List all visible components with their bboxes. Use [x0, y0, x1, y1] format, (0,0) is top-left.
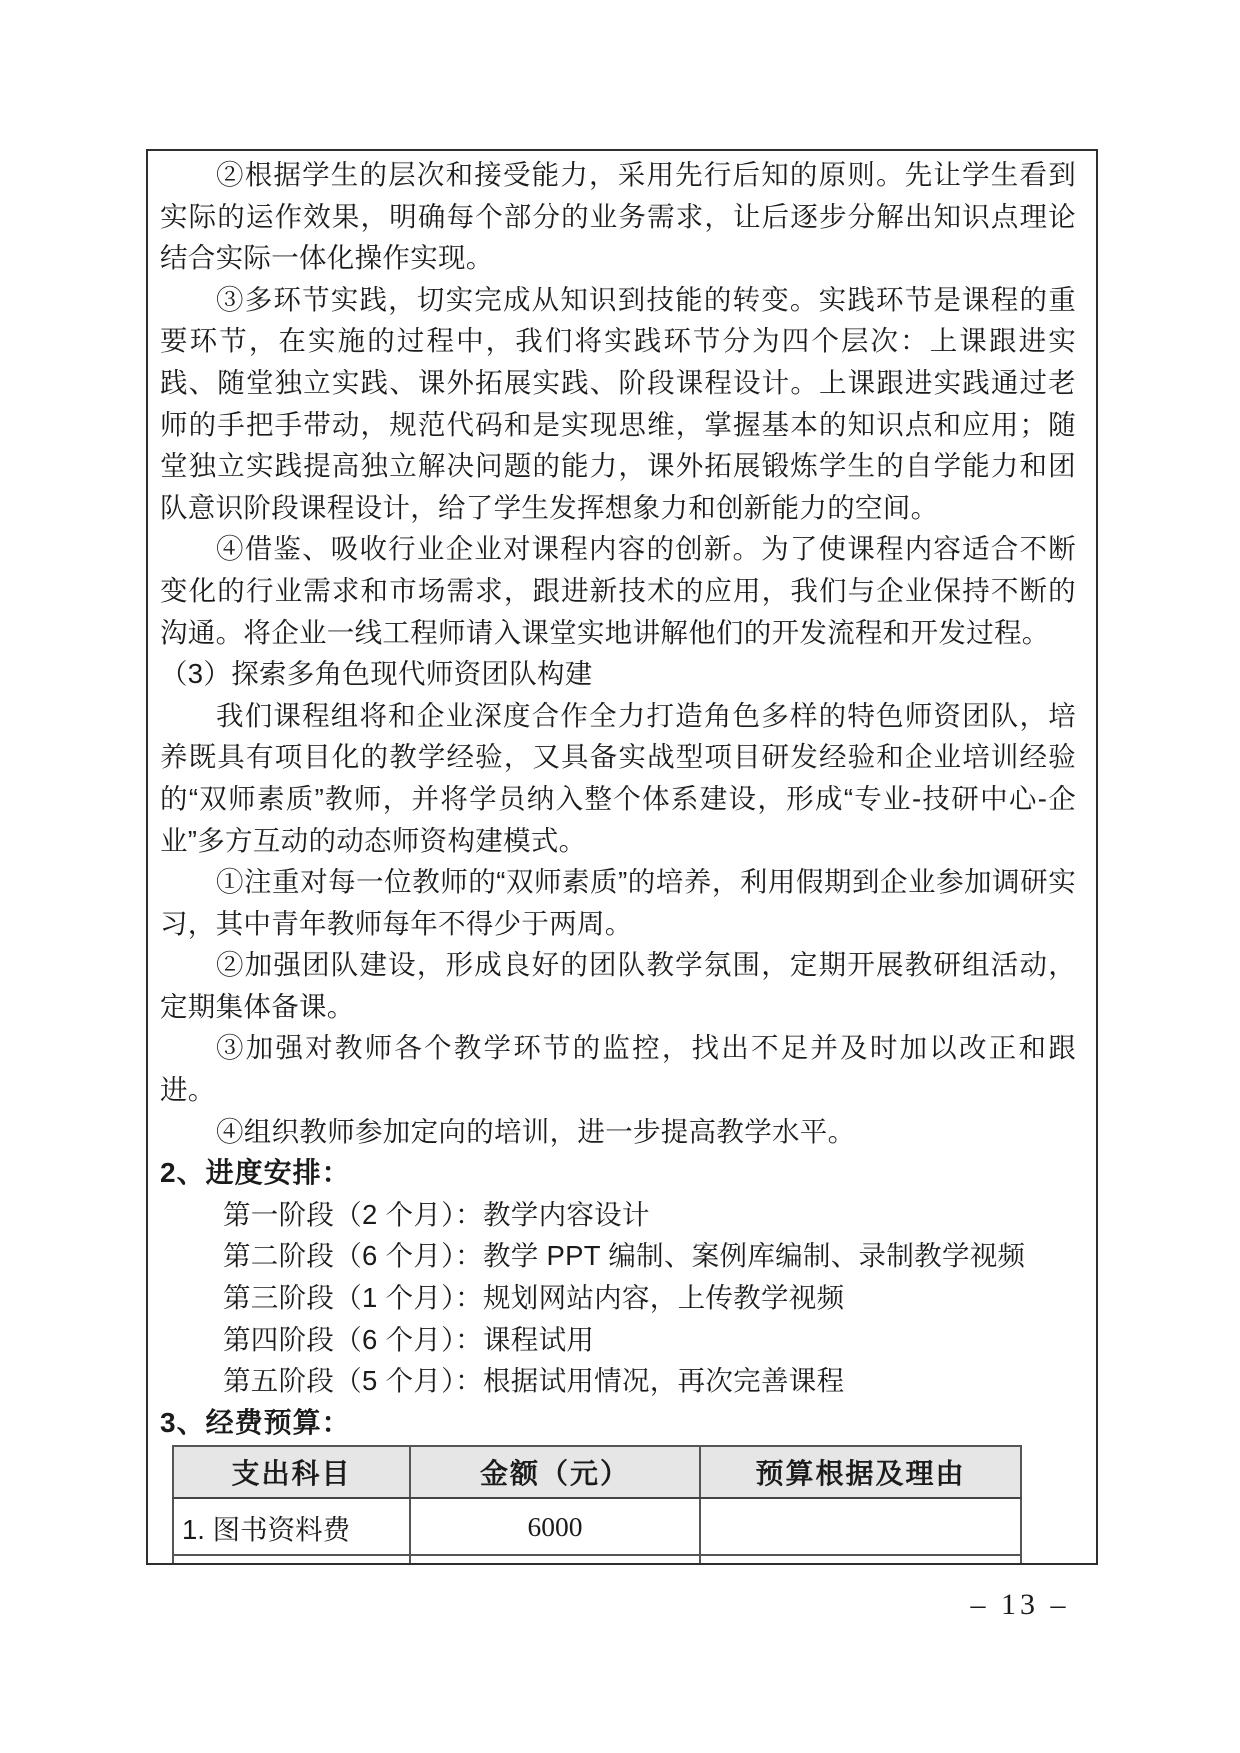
subsection-title-teacher-team: （3）探索多角色现代师资团队构建 — [160, 653, 1076, 695]
content-border-frame: ②根据学生的层次和接受能力，采用先行后知的原则。先让学生看到实际的运作效果，明确… — [146, 149, 1098, 1565]
budget-table: 支出科目 金额（元） 预算根据及理由 1. 图书资料费 6000 2. 调研差旅… — [172, 1445, 1022, 1565]
budget-reason-cell — [700, 1555, 1021, 1565]
paragraph-industry-4: ④借鉴、吸收行业企业对课程内容的创新。为了使课程内容适合不断变化的行业需求和市场… — [160, 528, 1076, 653]
budget-header-reason: 预算根据及理由 — [700, 1446, 1021, 1498]
paragraph-practice-3: ③多环节实践，切实完成从知识到技能的转变。实践环节是课程的重要环节，在实施的过程… — [160, 279, 1076, 529]
schedule-stage-5: 第五阶段（5 个月）：根据试用情况，再次完善课程 — [160, 1360, 1076, 1402]
paragraph-dual-quality-1: ①注重对每一位教师的“双师素质”的培养，利用假期到企业参加调研实习，其中青年教师… — [160, 861, 1076, 944]
section-heading-budget: 3、经费预算： — [160, 1402, 1076, 1444]
budget-table-row-2: 2. 调研差旅费 1000 — [173, 1555, 1021, 1565]
schedule-stage-2: 第二阶段（6 个月）：教学 PPT 编制、案例库编制、录制教学视频 — [160, 1235, 1076, 1277]
budget-table-row-1: 1. 图书资料费 6000 — [173, 1498, 1021, 1555]
budget-reason-cell — [700, 1498, 1021, 1555]
page-number: – 13 – — [950, 1588, 1090, 1622]
budget-header-item: 支出科目 — [173, 1446, 410, 1498]
budget-amount-cell: 1000 — [410, 1555, 700, 1565]
schedule-stage-4: 第四阶段（6 个月）：课程试用 — [160, 1319, 1076, 1361]
schedule-stage-3: 第三阶段（1 个月）：规划网站内容，上传教学视频 — [160, 1277, 1076, 1319]
document-page: ②根据学生的层次和接受能力，采用先行后知的原则。先让学生看到实际的运作效果，明确… — [0, 0, 1240, 1753]
budget-amount-cell: 6000 — [410, 1498, 700, 1555]
budget-table-header-row: 支出科目 金额（元） 预算根据及理由 — [173, 1446, 1021, 1498]
paragraph-team-atmosphere-2: ②加强团队建设，形成良好的团队教学氛围，定期开展教研组活动，定期集体备课。 — [160, 944, 1076, 1027]
paragraph-team-building: 我们课程组将和企业深度合作全力打造角色多样的特色师资团队，培养既具有项目化的教学… — [160, 695, 1076, 861]
paragraph-monitoring-3: ③加强对教师各个教学环节的监控，找出不足并及时加以改正和跟进。 — [160, 1027, 1076, 1110]
section-heading-schedule: 2、进度安排： — [160, 1152, 1076, 1194]
schedule-stage-1: 第一阶段（2 个月）：教学内容设计 — [160, 1194, 1076, 1236]
paragraph-training-4: ④组织教师参加定向的培训，进一步提高教学水平。 — [160, 1111, 1076, 1153]
budget-item-cell: 1. 图书资料费 — [173, 1498, 410, 1555]
paragraph-teaching-method-2: ②根据学生的层次和接受能力，采用先行后知的原则。先让学生看到实际的运作效果，明确… — [160, 154, 1076, 279]
budget-header-amount: 金额（元） — [410, 1446, 700, 1498]
budget-item-cell: 2. 调研差旅费 — [173, 1555, 410, 1565]
